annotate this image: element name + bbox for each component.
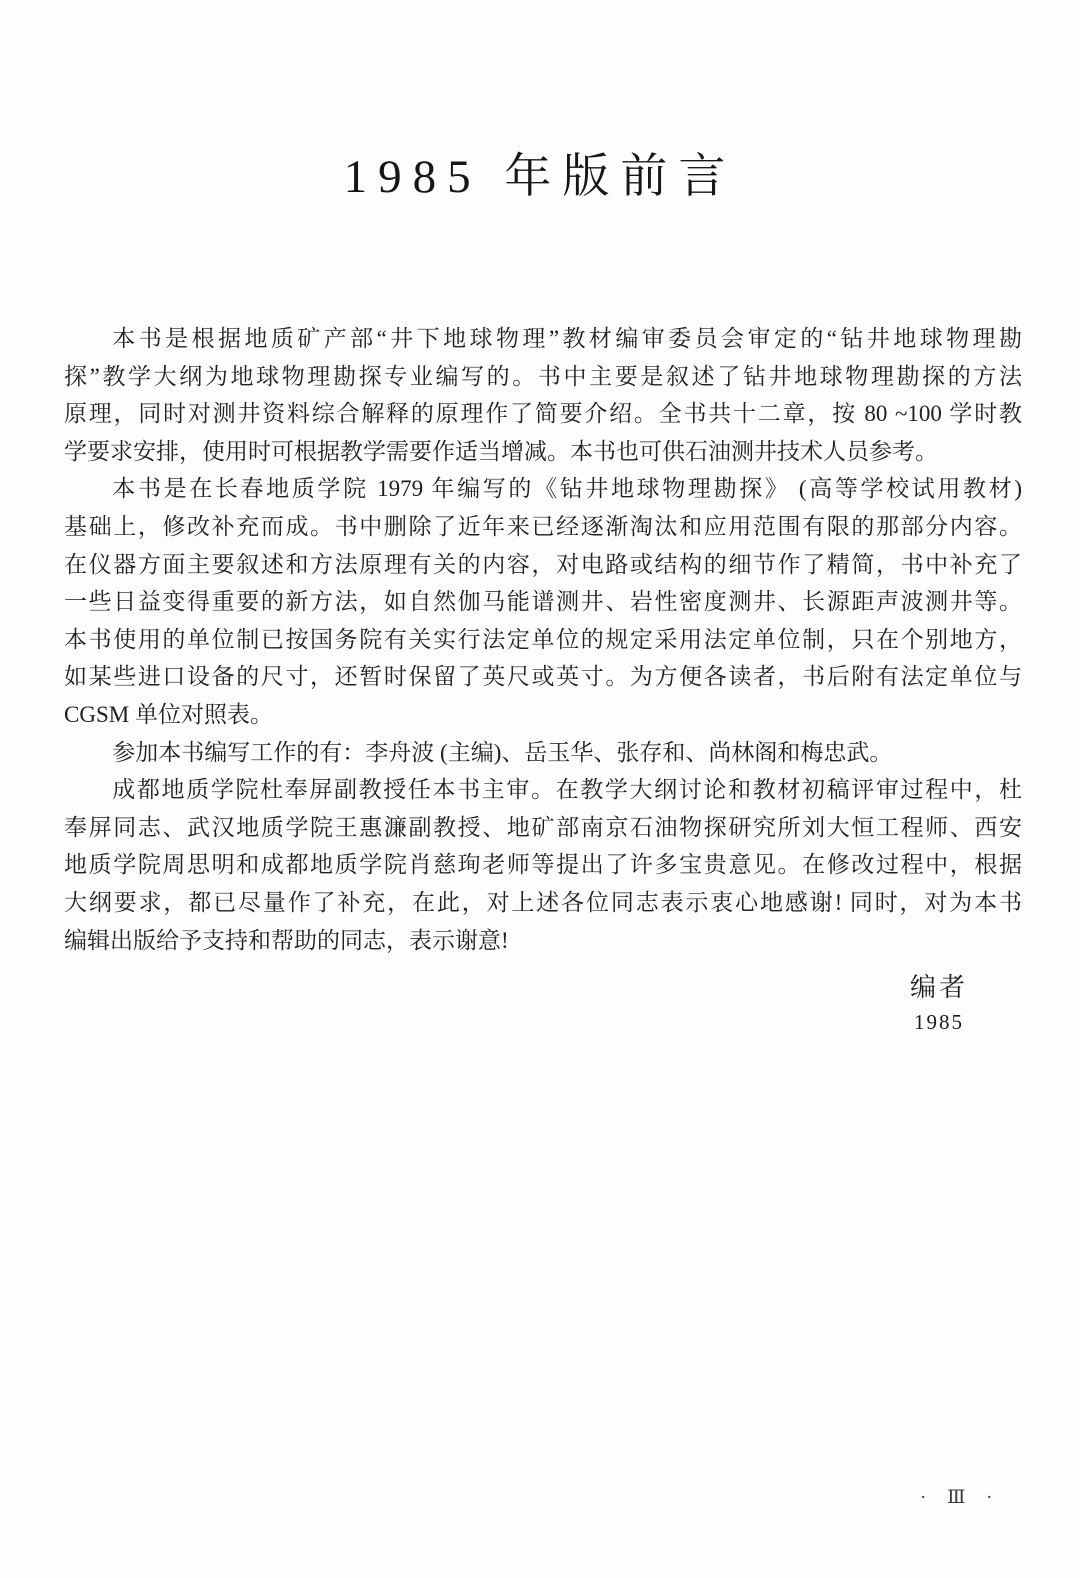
body-text-line: 编辑出版给予支持和帮助的同志，表示谢意! <box>64 922 1022 960</box>
body-text-line: 本书是根据地质矿产部“井下地球物理”教材编审委员会审定的“钻井地球物理勘 <box>64 320 1022 358</box>
body-text-line: 地质学院周思明和成都地质学院肖慈珣老师等提出了许多宝贵意见。在修改过程中，根据 <box>64 846 1022 884</box>
body-text-line: CGSM 单位对照表。 <box>64 696 1022 734</box>
body-text-line: 原理，同时对测井资料综合解释的原理作了简要介绍。全书共十二章，按 80 ~100… <box>64 395 1022 433</box>
body-text-line: 一些日益变得重要的新方法，如自然伽马能谱测井、岩性密度测井、长源距声波测井等。 <box>64 583 1022 621</box>
document-page: 1985 年版前言 本书是根据地质矿产部“井下地球物理”教材编审委员会审定的“钻… <box>0 0 1080 1578</box>
preface-body: 本书是根据地质矿产部“井下地球物理”教材编审委员会审定的“钻井地球物理勘探”教学… <box>64 320 1022 959</box>
body-text-line: 探”教学大纲为地球物理勘探专业编写的。书中主要是叙述了钻井地球物理勘探的方法 <box>64 358 1022 396</box>
signature-author: 编者 <box>910 972 968 1003</box>
page-number: · Ⅲ · <box>920 1486 1000 1509</box>
body-text-line: 学要求安排，使用时可根据教学需要作适当增减。本书也可供石油测井技术人员参考。 <box>64 433 1022 471</box>
signature-block: 编者 1985 <box>910 972 968 1035</box>
body-text-line: 成都地质学院杜奉屏副教授任本书主审。在教学大纲讨论和教材初稿评审过程中，杜 <box>64 771 1022 809</box>
body-text-line: 在仪器方面主要叙述和方法原理有关的内容，对电路或结构的细节作了精简，书中补充了 <box>64 546 1022 584</box>
body-text-line: 基础上，修改补充而成。书中删除了近年来已经逐渐淘汰和应用范围有限的那部分内容。 <box>64 508 1022 546</box>
body-text-line: 如某些进口设备的尺寸，还暂时保留了英尺或英寸。为方便各读者，书后附有法定单位与 <box>64 658 1022 696</box>
body-text-line: 奉屏同志、武汉地质学院王惠濂副教授、地矿部南京石油物探研究所刘大恒工程师、西安 <box>64 809 1022 847</box>
signature-year: 1985 <box>910 1010 968 1035</box>
body-text-line: 参加本书编写工作的有：李舟波 (主编)、岳玉华、张存和、尚林阁和梅忠武。 <box>64 734 1022 772</box>
body-text-line: 本书使用的单位制已按国务院有关实行法定单位的规定采用法定单位制，只在个别地方， <box>64 621 1022 659</box>
page-title: 1985 年版前言 <box>0 150 1080 204</box>
body-text-line: 本书是在长春地质学院 1979 年编写的《钻井地球物理勘探》 (高等学校试用教材… <box>64 470 1022 508</box>
body-text-line: 大纲要求，都已尽量作了补充，在此，对上述各位同志表示衷心地感谢! 同时，对为本书 <box>64 884 1022 922</box>
